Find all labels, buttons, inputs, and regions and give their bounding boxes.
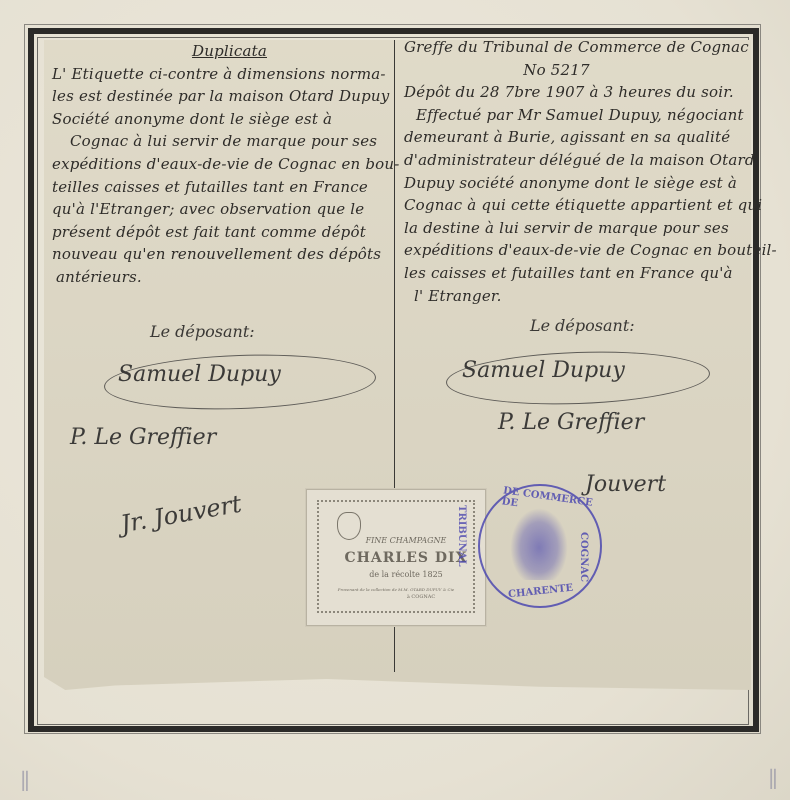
- liberty-figure-icon: [510, 508, 568, 580]
- right-line: demeurant à Burie, agissant en sa qualit…: [404, 126, 749, 149]
- pencil-mark: ∥: [20, 770, 30, 795]
- left-line: teilles caisses et futailles tant en Fra…: [52, 176, 387, 199]
- right-line: les caisses et futailles tant en France …: [404, 262, 749, 285]
- left-line: nouveau qu'en renouvellement des dépôts: [52, 243, 387, 266]
- pencil-mark: ∥: [768, 768, 778, 793]
- label-line-5: à COGNAC: [307, 594, 485, 600]
- right-line: l' Etranger.: [404, 285, 749, 308]
- left-line: L' Etiquette ci-contre à dimensions norm…: [52, 63, 387, 86]
- right-line: Effectué par Mr Samuel Dupuy, négociant: [404, 104, 749, 127]
- right-line: Dépôt du 28 7bre 1907 à 3 heures du soir…: [404, 81, 749, 104]
- right-line: la destine à lui servir de marque pour s…: [404, 217, 749, 240]
- right-column-text: Greffe du Tribunal de Commerce de Cognac…: [404, 36, 749, 307]
- left-signature-depositor: Samuel Dupuy: [118, 362, 281, 387]
- right-line: d'administrateur délégué de la maison Ot…: [404, 149, 749, 172]
- left-depositor-label: Le déposant:: [150, 322, 255, 341]
- stamp-side-text: COGNAC: [578, 532, 589, 582]
- left-line: qu'à l'Etranger; avec observation que le: [52, 198, 387, 221]
- left-line: présent dépôt est fait tant comme dépôt: [52, 221, 387, 244]
- right-line: expéditions d'eaux-de-vie de Cognac en b…: [404, 239, 749, 262]
- right-line: Dupuy société anonyme dont le siège est …: [404, 172, 749, 195]
- left-line: Cognac à lui servir de marque pour ses: [52, 130, 387, 153]
- tribunal-commerce-stamp: DE COMMERCE DE COGNAC CHARENTE: [478, 484, 602, 608]
- registry-number: No 5217: [404, 59, 709, 82]
- right-signature-depositor: Samuel Dupuy: [462, 358, 625, 383]
- stamp-partial-text: TRIBUNAL: [456, 505, 467, 567]
- registry-header: Greffe du Tribunal de Commerce de Cognac: [404, 36, 749, 59]
- duplicata-title: Duplicata: [72, 40, 387, 63]
- left-line: antérieurs.: [52, 266, 387, 289]
- label-line-4: Provenant de la collection de M.M. OTARD…: [307, 587, 485, 592]
- left-line: expéditions d'eaux-de-vie de Cognac en b…: [52, 153, 387, 176]
- right-depositor-label: Le déposant:: [530, 316, 635, 335]
- left-line: les est destinée par la maison Otard Dup…: [52, 85, 387, 108]
- right-signature-greffier: P. Le Greffier: [498, 410, 644, 435]
- left-column-text: Duplicata L' Etiquette ci-contre à dimen…: [52, 40, 387, 289]
- right-line: Cognac à qui cette étiquette appartient …: [404, 194, 749, 217]
- label-line-3: de la récolte 1825: [307, 570, 485, 579]
- right-signature-clerk: Jouvert: [585, 472, 666, 497]
- left-line: Société anonyme dont le siège est à: [52, 108, 387, 131]
- stamp-bottom-text: CHARENTE: [508, 583, 574, 601]
- left-signature-greffier: P. Le Greffier: [70, 425, 216, 450]
